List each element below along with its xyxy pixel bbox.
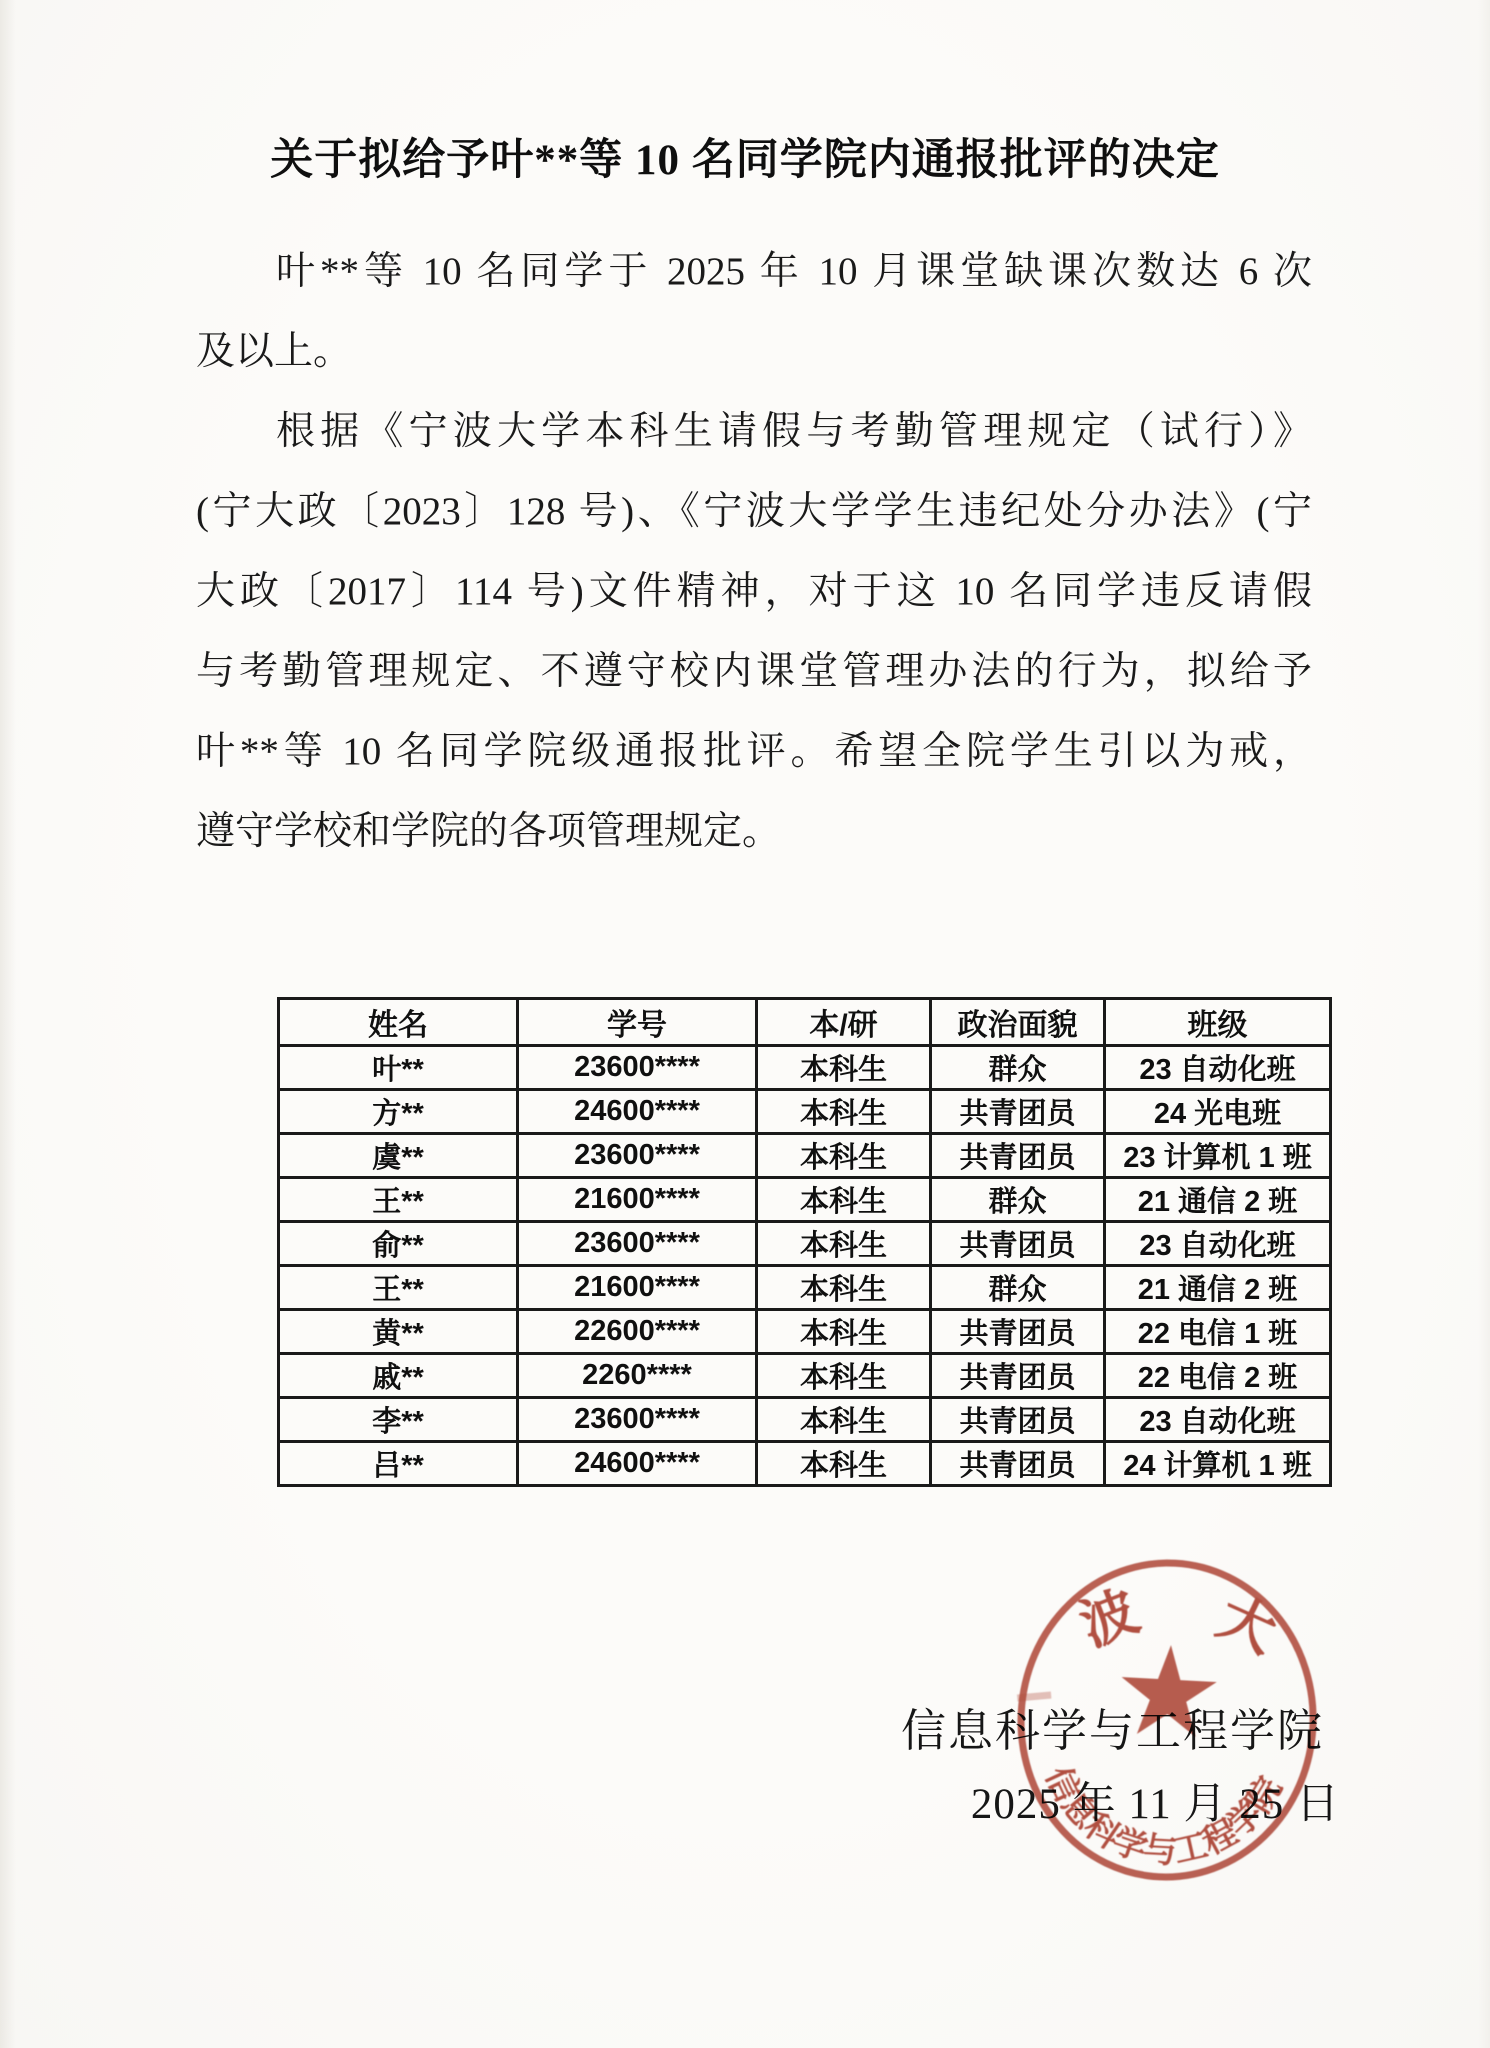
document-page: 关于拟给予叶**等 10 名同学院内通报批评的决定 叶**等 10 名同学于 2… [0, 0, 1490, 2048]
body-line: 遵守学校和学院的各项管理规定。 [196, 792, 1312, 872]
column-header: 学号 [518, 999, 757, 1046]
table-cell: 24600**** [518, 1442, 757, 1486]
table-row: 王**21600****本科生群众21 通信 2 班 [279, 1178, 1331, 1222]
table-cell: 本科生 [757, 1134, 931, 1178]
table-cell: 本科生 [757, 1178, 931, 1222]
signature-date: 2025 年 11 月 25 日 [971, 1770, 1340, 1831]
table-cell: 本科生 [757, 1354, 931, 1398]
table-cell: 群众 [931, 1046, 1105, 1090]
table-cell: 23600**** [518, 1222, 757, 1266]
table-cell: 本科生 [757, 1398, 931, 1442]
table-cell: 本科生 [757, 1222, 931, 1266]
table-cell: 群众 [931, 1178, 1105, 1222]
seal-top-right-char: 大 [1209, 1584, 1286, 1664]
table-cell: 群众 [931, 1266, 1105, 1310]
table-row: 俞**23600****本科生共青团员23 自动化班 [279, 1222, 1331, 1266]
table-cell: 24600**** [518, 1090, 757, 1134]
signature-organization: 信息科学与工程学院 [901, 1694, 1324, 1759]
table-cell: 共青团员 [931, 1398, 1105, 1442]
table-cell: 俞** [279, 1222, 518, 1266]
table-cell: 王** [279, 1266, 518, 1310]
table-cell: 本科生 [757, 1046, 931, 1090]
body-line: 叶**等 10 名同学院级通报批评。希望全院学生引以为戒， [196, 712, 1312, 792]
table-cell: 22 电信 1 班 [1105, 1310, 1331, 1354]
table-cell: 21 通信 2 班 [1105, 1178, 1331, 1222]
table-row: 李**23600****本科生共青团员23 自动化班 [279, 1398, 1331, 1442]
table-cell: 23 自动化班 [1105, 1046, 1331, 1090]
table-cell: 本科生 [757, 1266, 931, 1310]
table-row: 戚**2260****本科生共青团员22 电信 2 班 [279, 1354, 1331, 1398]
table-cell: 叶** [279, 1046, 518, 1090]
table-cell: 共青团员 [931, 1310, 1105, 1354]
table-header-row: 姓名学号本/研政治面貌班级 [279, 999, 1331, 1046]
table-cell: 共青团员 [931, 1134, 1105, 1178]
table-cell: 23 自动化班 [1105, 1222, 1331, 1266]
students-table: 姓名学号本/研政治面貌班级 叶**23600****本科生群众23 自动化班方*… [277, 997, 1332, 1487]
table-cell: 李** [279, 1398, 518, 1442]
table-row: 吕**24600****本科生共青团员24 计算机 1 班 [279, 1442, 1331, 1486]
body-line: 叶**等 10 名同学于 2025 年 10 月课堂缺课次数达 6 次 [196, 232, 1312, 312]
document-body: 叶**等 10 名同学于 2025 年 10 月课堂缺课次数达 6 次 及以上。… [196, 232, 1312, 872]
table-cell: 23600**** [518, 1046, 757, 1090]
table-row: 黄**22600****本科生共青团员22 电信 1 班 [279, 1310, 1331, 1354]
body-line: 与考勤管理规定、不遵守校内课堂管理办法的行为，拟给予 [196, 632, 1312, 712]
table-cell: 24 计算机 1 班 [1105, 1442, 1331, 1486]
body-line: 及以上。 [196, 312, 1312, 392]
table-cell: 23600**** [518, 1134, 757, 1178]
table-cell: 21 通信 2 班 [1105, 1266, 1331, 1310]
table-cell: 本科生 [757, 1310, 931, 1354]
column-header: 班级 [1105, 999, 1331, 1046]
body-line: (宁大政〔2023〕128 号)、《宁波大学学生违纪处分办法》(宁 [196, 472, 1312, 552]
table-cell: 23 计算机 1 班 [1105, 1134, 1331, 1178]
table-cell: 23 自动化班 [1105, 1398, 1331, 1442]
table-cell: 21600**** [518, 1178, 757, 1222]
column-header: 本/研 [757, 999, 931, 1046]
table-cell: 黄** [279, 1310, 518, 1354]
column-header: 姓名 [279, 999, 518, 1046]
table-cell: 23600**** [518, 1398, 757, 1442]
table-cell: 共青团员 [931, 1222, 1105, 1266]
body-line: 根据《宁波大学本科生请假与考勤管理规定（试行）》 [196, 392, 1312, 472]
table-cell: 吕** [279, 1442, 518, 1486]
table-body: 叶**23600****本科生群众23 自动化班方**24600****本科生共… [279, 1046, 1331, 1486]
table-cell: 22600**** [518, 1310, 757, 1354]
table-cell: 虞** [279, 1134, 518, 1178]
table-row: 虞**23600****本科生共青团员23 计算机 1 班 [279, 1134, 1331, 1178]
table-cell: 共青团员 [931, 1090, 1105, 1134]
document-title: 关于拟给予叶**等 10 名同学院内通报批评的决定 [0, 126, 1490, 187]
table-cell: 本科生 [757, 1442, 931, 1486]
table-row: 王**21600****本科生群众21 通信 2 班 [279, 1266, 1331, 1310]
table-cell: 方** [279, 1090, 518, 1134]
table-cell: 22 电信 2 班 [1105, 1354, 1331, 1398]
table-cell: 21600**** [518, 1266, 757, 1310]
table-cell: 戚** [279, 1354, 518, 1398]
table-row: 叶**23600****本科生群众23 自动化班 [279, 1046, 1331, 1090]
table-cell: 王** [279, 1178, 518, 1222]
table-cell: 24 光电班 [1105, 1090, 1331, 1134]
table-row: 方**24600****本科生共青团员24 光电班 [279, 1090, 1331, 1134]
column-header: 政治面貌 [931, 999, 1105, 1046]
table-cell: 本科生 [757, 1090, 931, 1134]
table-cell: 共青团员 [931, 1354, 1105, 1398]
table-cell: 共青团员 [931, 1442, 1105, 1486]
table-cell: 2260**** [518, 1354, 757, 1398]
body-line: 大政〔2017〕114 号)文件精神，对于这 10 名同学违反请假 [196, 552, 1312, 632]
